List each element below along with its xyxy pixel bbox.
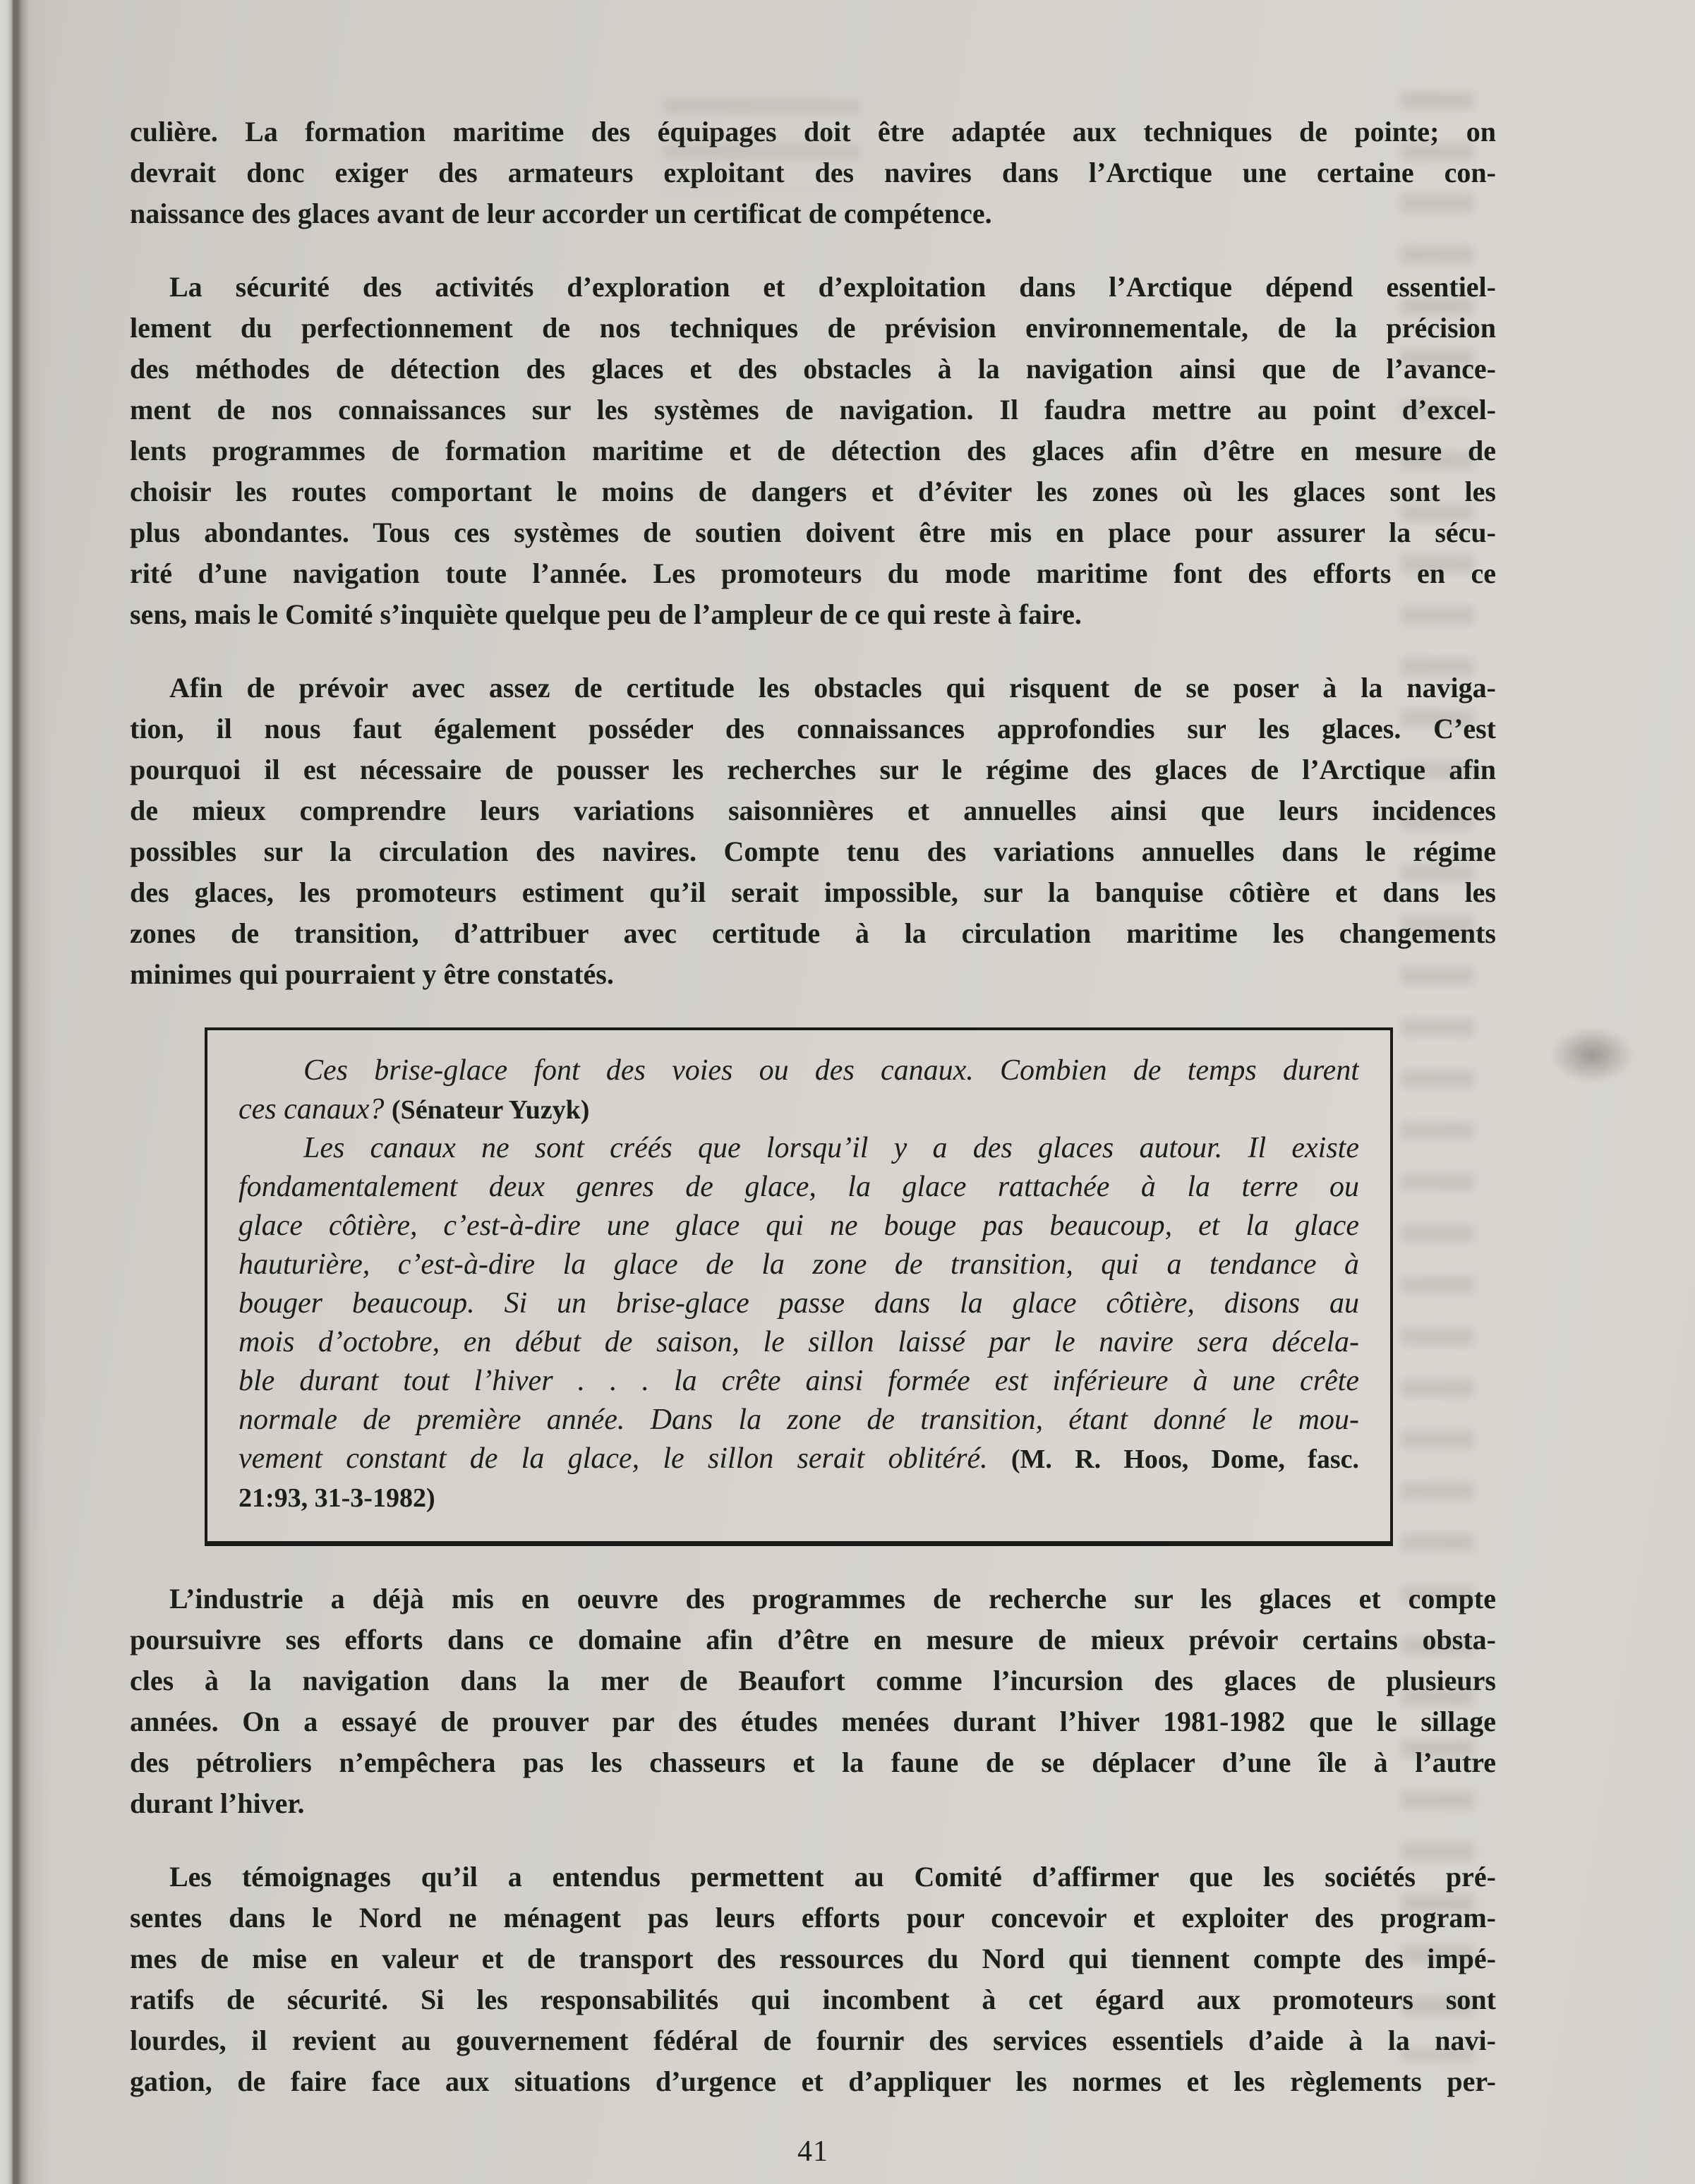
text-line: minimes qui pourraient y être constatés. (130, 954, 1496, 995)
blocks-container: culière. La formation maritime des équip… (130, 111, 1496, 2102)
quote-text: ces canaux? (239, 1093, 392, 1126)
text-line: lement du perfectionnement de nos techni… (130, 308, 1496, 349)
text-line: Les canaux ne sont créés que lorsqu’il y… (239, 1129, 1359, 1168)
scanned-page: culière. La formation maritime des équip… (0, 0, 1695, 2184)
quote-attribution: 21:93, 31-3-1982) (239, 1483, 435, 1513)
quote-paragraph: Ces brise-glace font des voies ou des ca… (239, 1051, 1359, 1129)
text-line: vement constant de la glace, le sillon s… (239, 1440, 1359, 1478)
paragraph: culière. La formation maritime des équip… (130, 111, 1496, 234)
text-line: ratifs de sécurité. Si les responsabilit… (130, 1979, 1496, 2020)
text-line: ble durant tout l’hiver . . . la crête a… (239, 1362, 1359, 1401)
text-line: plus abondantes. Tous ces systèmes de so… (130, 512, 1496, 553)
text-line: poursuivre ses efforts dans ce domaine a… (130, 1619, 1496, 1660)
quote-attribution: (Sénateur Yuzyk) (392, 1095, 589, 1125)
quote-text: ble durant tout l’hiver . . . la crête a… (239, 1365, 1359, 1397)
quote-paragraph: Les canaux ne sont créés que lorsqu’il y… (239, 1129, 1359, 1517)
text-line: glace côtière, c’est-à-dire une glace qu… (239, 1207, 1359, 1245)
text-line: cles à la navigation dans la mer de Beau… (130, 1660, 1496, 1701)
quote-text: Ces brise-glace font des voies ou des ca… (303, 1054, 1359, 1087)
text-line: Ces brise-glace font des voies ou des ca… (239, 1051, 1359, 1090)
text-line: mes de mise en valeur et de transport de… (130, 1938, 1496, 1979)
quote-box: Ces brise-glace font des voies ou des ca… (205, 1027, 1393, 1546)
paragraph: Les témoignages qu’il a entendus permett… (130, 1857, 1496, 2102)
quote-text: mois d’octobre, en début de saison, le s… (239, 1326, 1359, 1358)
text-line: de mieux comprendre leurs variations sai… (130, 790, 1496, 831)
text-line: mois d’octobre, en début de saison, le s… (239, 1323, 1359, 1362)
text-line: fondamentalement deux genres de glace, l… (239, 1168, 1359, 1207)
quote-text: vement constant de la glace, le sillon s… (239, 1442, 1011, 1475)
text-line: Les témoignages qu’il a entendus permett… (130, 1857, 1496, 1898)
text-line: normale de première année. Dans la zone … (239, 1401, 1359, 1440)
quote-text: hauturière, c’est-à-dire la glace de la … (239, 1248, 1359, 1281)
text-line: années. On a essayé de prouver par des é… (130, 1701, 1496, 1742)
text-line: lourdes, il revient au gouvernement fédé… (130, 2020, 1496, 2061)
text-line: gation, de faire face aux situations d’u… (130, 2061, 1496, 2102)
quote-text: fondamentalement deux genres de glace, l… (239, 1171, 1359, 1203)
quote-text: glace côtière, c’est-à-dire une glace qu… (239, 1209, 1359, 1242)
text-line: pourquoi il est nécessaire de pousser le… (130, 749, 1496, 790)
page-gutter-shadow (0, 0, 51, 2184)
text-line: hauturière, c’est-à-dire la glace de la … (239, 1245, 1359, 1284)
text-line: La sécurité des activités d’exploration … (130, 267, 1496, 308)
text-line: tion, il nous faut également posséder de… (130, 708, 1496, 749)
text-line: L’industrie a déjà mis en oeuvre des pro… (130, 1579, 1496, 1619)
text-line: ment de nos connaissances sur les systèm… (130, 390, 1496, 430)
text-line: bouger beaucoup. Si un brise-glace passe… (239, 1284, 1359, 1323)
paragraph: L’industrie a déjà mis en oeuvre des pro… (130, 1579, 1496, 1824)
text-line: sens, mais le Comité s’inquiète quelque … (130, 594, 1496, 635)
text-line: zones de transition, d’attribuer avec ce… (130, 913, 1496, 954)
quote-text: bouger beaucoup. Si un brise-glace passe… (239, 1287, 1359, 1320)
text-line: 21:93, 31-3-1982) (239, 1478, 1359, 1517)
text-line: durant l’hiver. (130, 1783, 1496, 1824)
text-line: rité d’une navigation toute l’année. Les… (130, 553, 1496, 594)
text-line: choisir les routes comportant le moins d… (130, 471, 1496, 512)
text-line: ces canaux? (Sénateur Yuzyk) (239, 1090, 1359, 1129)
text-line: des méthodes de détection des glaces et … (130, 349, 1496, 390)
ink-smudge (1550, 1027, 1634, 1083)
quote-text: Les canaux ne sont créés que lorsqu’il y… (303, 1132, 1359, 1164)
text-line: sentes dans le Nord ne ménagent pas leur… (130, 1898, 1496, 1938)
text-line: possibles sur la circulation des navires… (130, 831, 1496, 872)
text-line: Afin de prévoir avec assez de certitude … (130, 668, 1496, 708)
text-line: devrait donc exiger des armateurs exploi… (130, 152, 1496, 193)
text-line: naissance des glaces avant de leur accor… (130, 193, 1496, 234)
text-line: lents programmes de formation maritime e… (130, 430, 1496, 471)
text-column: culière. La formation maritime des équip… (130, 111, 1496, 2168)
quote-text: normale de première année. Dans la zone … (239, 1404, 1359, 1436)
paragraph: La sécurité des activités d’exploration … (130, 267, 1496, 635)
text-line: culière. La formation maritime des équip… (130, 111, 1496, 152)
quote-attribution: (M. R. Hoos, Dome, fasc. (1011, 1444, 1359, 1474)
paragraph: Afin de prévoir avec assez de certitude … (130, 668, 1496, 995)
text-line: des pétroliers n’empêchera pas les chass… (130, 1742, 1496, 1783)
page-number: 41 (130, 2135, 1496, 2168)
text-line: des glaces, les promoteurs estiment qu’i… (130, 872, 1496, 913)
